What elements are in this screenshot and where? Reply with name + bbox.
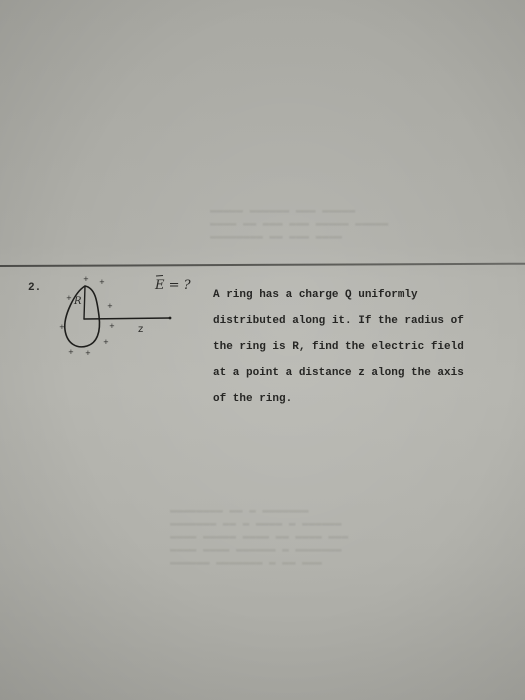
problem-statement: A ring has a charge Q uniformly distribu… (213, 276, 513, 419)
bleed-through-bottom: ▬▬▬▬▬▬▬▬ ▬▬ ▬ ▬▬▬▬▬▬▬ ▬▬▬▬▬▬▬ ▬▬ ▬ ▬▬▬▬ … (170, 505, 348, 570)
svg-text:+: + (103, 338, 109, 346)
bleed-through-top: ▬▬▬▬▬ ▬▬▬▬▬▬ ▬▬▬ ▬▬▬▬▬ ▬▬▬▬ ▬▬ ▬▬▬ ▬▬▬ ▬… (210, 205, 388, 244)
svg-text:+: + (99, 278, 105, 286)
radius-line (84, 286, 85, 319)
question-number: 2. (28, 282, 41, 294)
ring-diagram: +++ +++ +++ R z E = ? (55, 266, 205, 366)
problem-line: A ring has a charge Q uniformly (213, 289, 513, 302)
z-axis-line (84, 318, 170, 319)
svg-text:+: + (107, 302, 113, 310)
radius-label: R (73, 296, 82, 307)
problem-line: distributed along it. If the radius of (213, 315, 513, 328)
problem-line: of the ring. (213, 393, 513, 406)
svg-text:+: + (109, 322, 115, 330)
problem-line: the ring is R, find the electric field (213, 341, 513, 354)
svg-text:+: + (59, 323, 65, 331)
axis-label: z (138, 324, 143, 335)
problem-line: at a point a distance z along the axis (213, 367, 513, 380)
svg-text:+: + (85, 349, 91, 357)
svg-text:+: + (68, 348, 74, 356)
svg-text:+: + (66, 294, 72, 302)
svg-text:+: + (83, 275, 89, 283)
question-label: E = ? (154, 278, 192, 293)
